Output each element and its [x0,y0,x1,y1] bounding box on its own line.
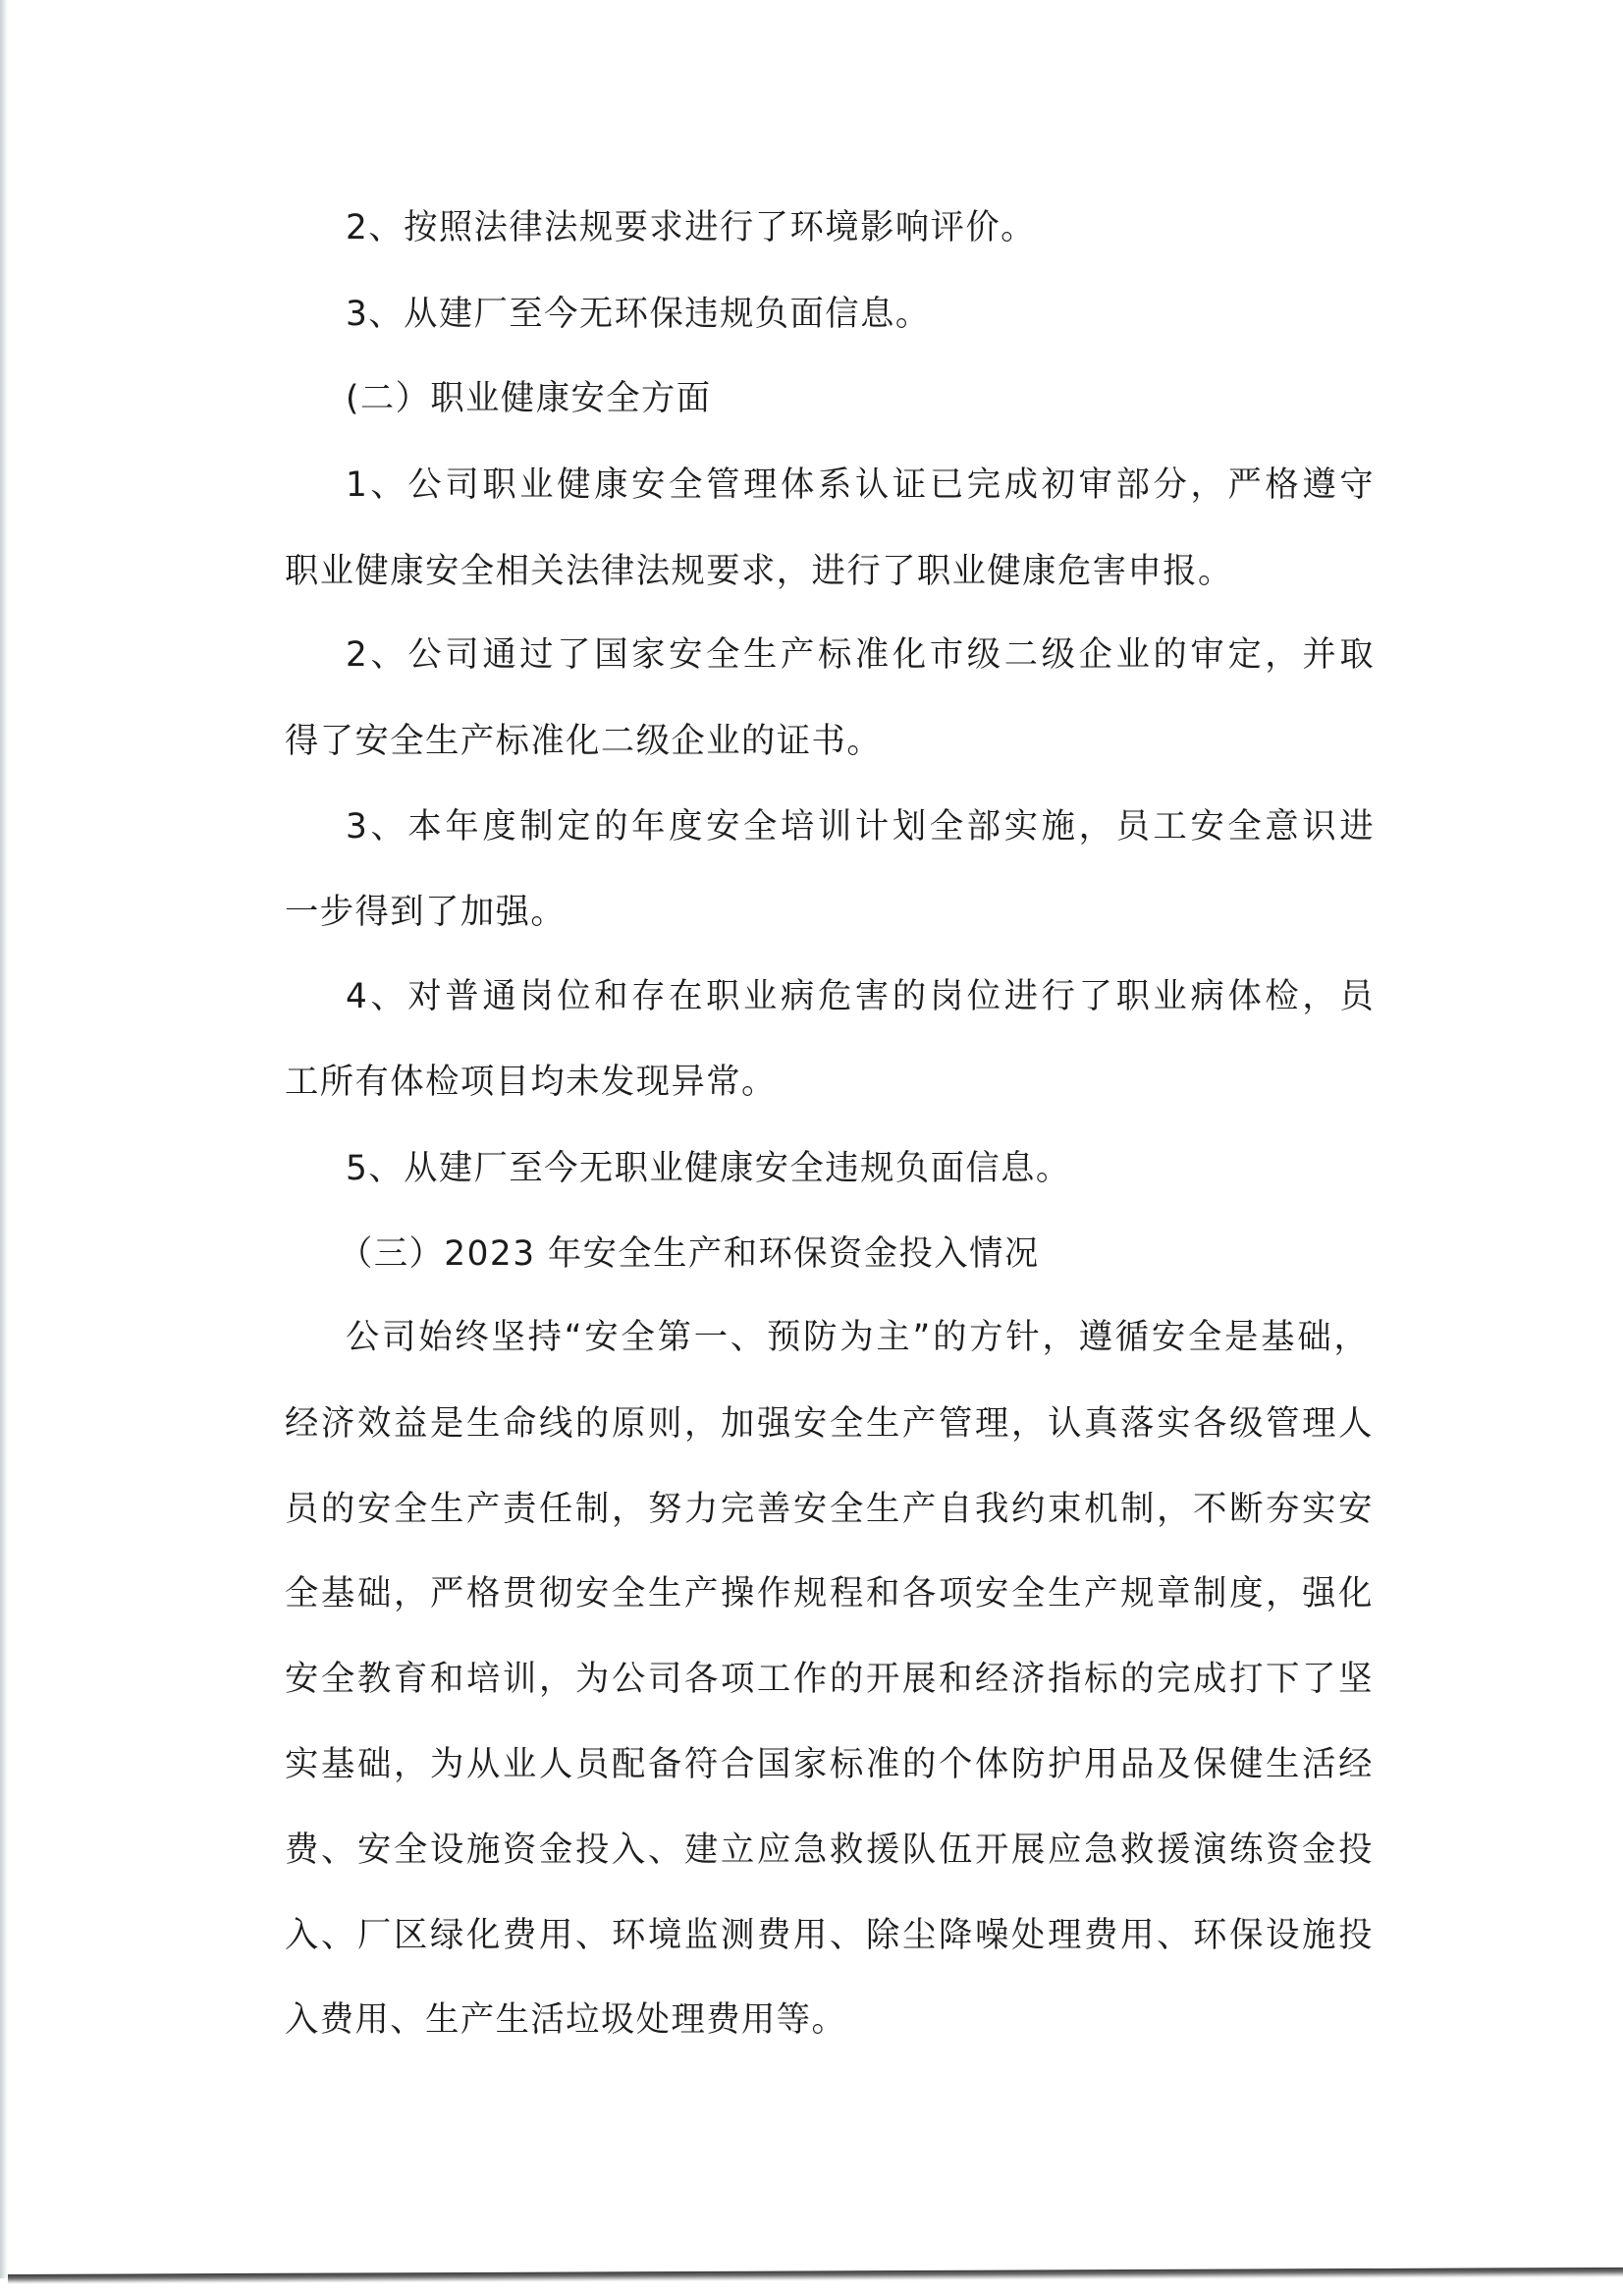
ohs-item-4-line-2: 工所有体检项目均未发现异常。 [285,1061,777,1104]
section-2-heading: (二）职业健康安全方面 [346,377,712,420]
ohs-item-4-line-1: 4、对普通岗位和存在职业病危害的岗位进行了职业病体检，员 [346,975,1374,1018]
document-page: 2、按照法律法规要求进行了环境影响评价。 3、从建厂至今无环保违规负面信息。 (… [0,0,1623,2296]
ohs-item-5: 5、从建厂至今无职业健康安全违规负面信息。 [346,1147,1071,1190]
paragraph-line-7: 费、安全设施资金投入、建立应急救援队伍开展应急救援演练资金投 [285,1829,1372,1872]
ohs-item-3-line-2: 一步得到了加强。 [285,891,566,934]
ohs-item-1-line-1: 1、公司职业健康安全管理体系认证已完成初审部分，严格遵守 [346,464,1374,507]
ohs-item-1-line-2: 职业健康安全相关法律法规要求，进行了职业健康危害申报。 [285,550,1233,593]
ohs-item-3-line-1: 3、本年度制定的年度安全培训计划全部实施，员工安全意识进 [346,805,1374,848]
paragraph-line-6: 实基础，为从业人员配备符合国家标准的个体防护用品及保健生活经 [285,1743,1372,1786]
paragraph-line-9: 入费用、生产生活垃圾处理费用等。 [285,1998,846,2042]
paragraph-line-3: 员的安全生产责任制，努力完善安全生产自我约束机制，不断夯实安 [285,1488,1372,1531]
paragraph-line-1: 公司始终坚持“安全第一、预防为主”的方针，遵循安全是基础， [346,1316,1368,1359]
section-3-heading: （三）2023 年安全生产和环保资金投入情况 [339,1232,1040,1276]
paragraph-line-2: 经济效益是生命线的原则，加强安全生产管理，认真落实各级管理人 [285,1402,1372,1446]
env-item-2: 2、按照法律法规要求进行了环境影响评价。 [346,206,1036,249]
ohs-item-2-line-2: 得了安全生产标准化二级企业的证书。 [285,720,882,763]
env-item-3: 3、从建厂至今无环保违规负面信息。 [346,293,931,336]
paragraph-line-4: 全基础，严格贯彻安全生产操作规程和各项安全生产规章制度，强化 [285,1572,1372,1615]
ohs-item-2-line-1: 2、公司通过了国家安全生产标准化市级二级企业的审定，并取 [346,633,1374,677]
paragraph-line-8: 入、厂区绿化费用、环境监测费用、除尘降噪处理费用、环保设施投 [285,1914,1372,1957]
paragraph-line-5: 安全教育和培训，为公司各项工作的开展和经济指标的完成打下了坚 [285,1658,1372,1701]
